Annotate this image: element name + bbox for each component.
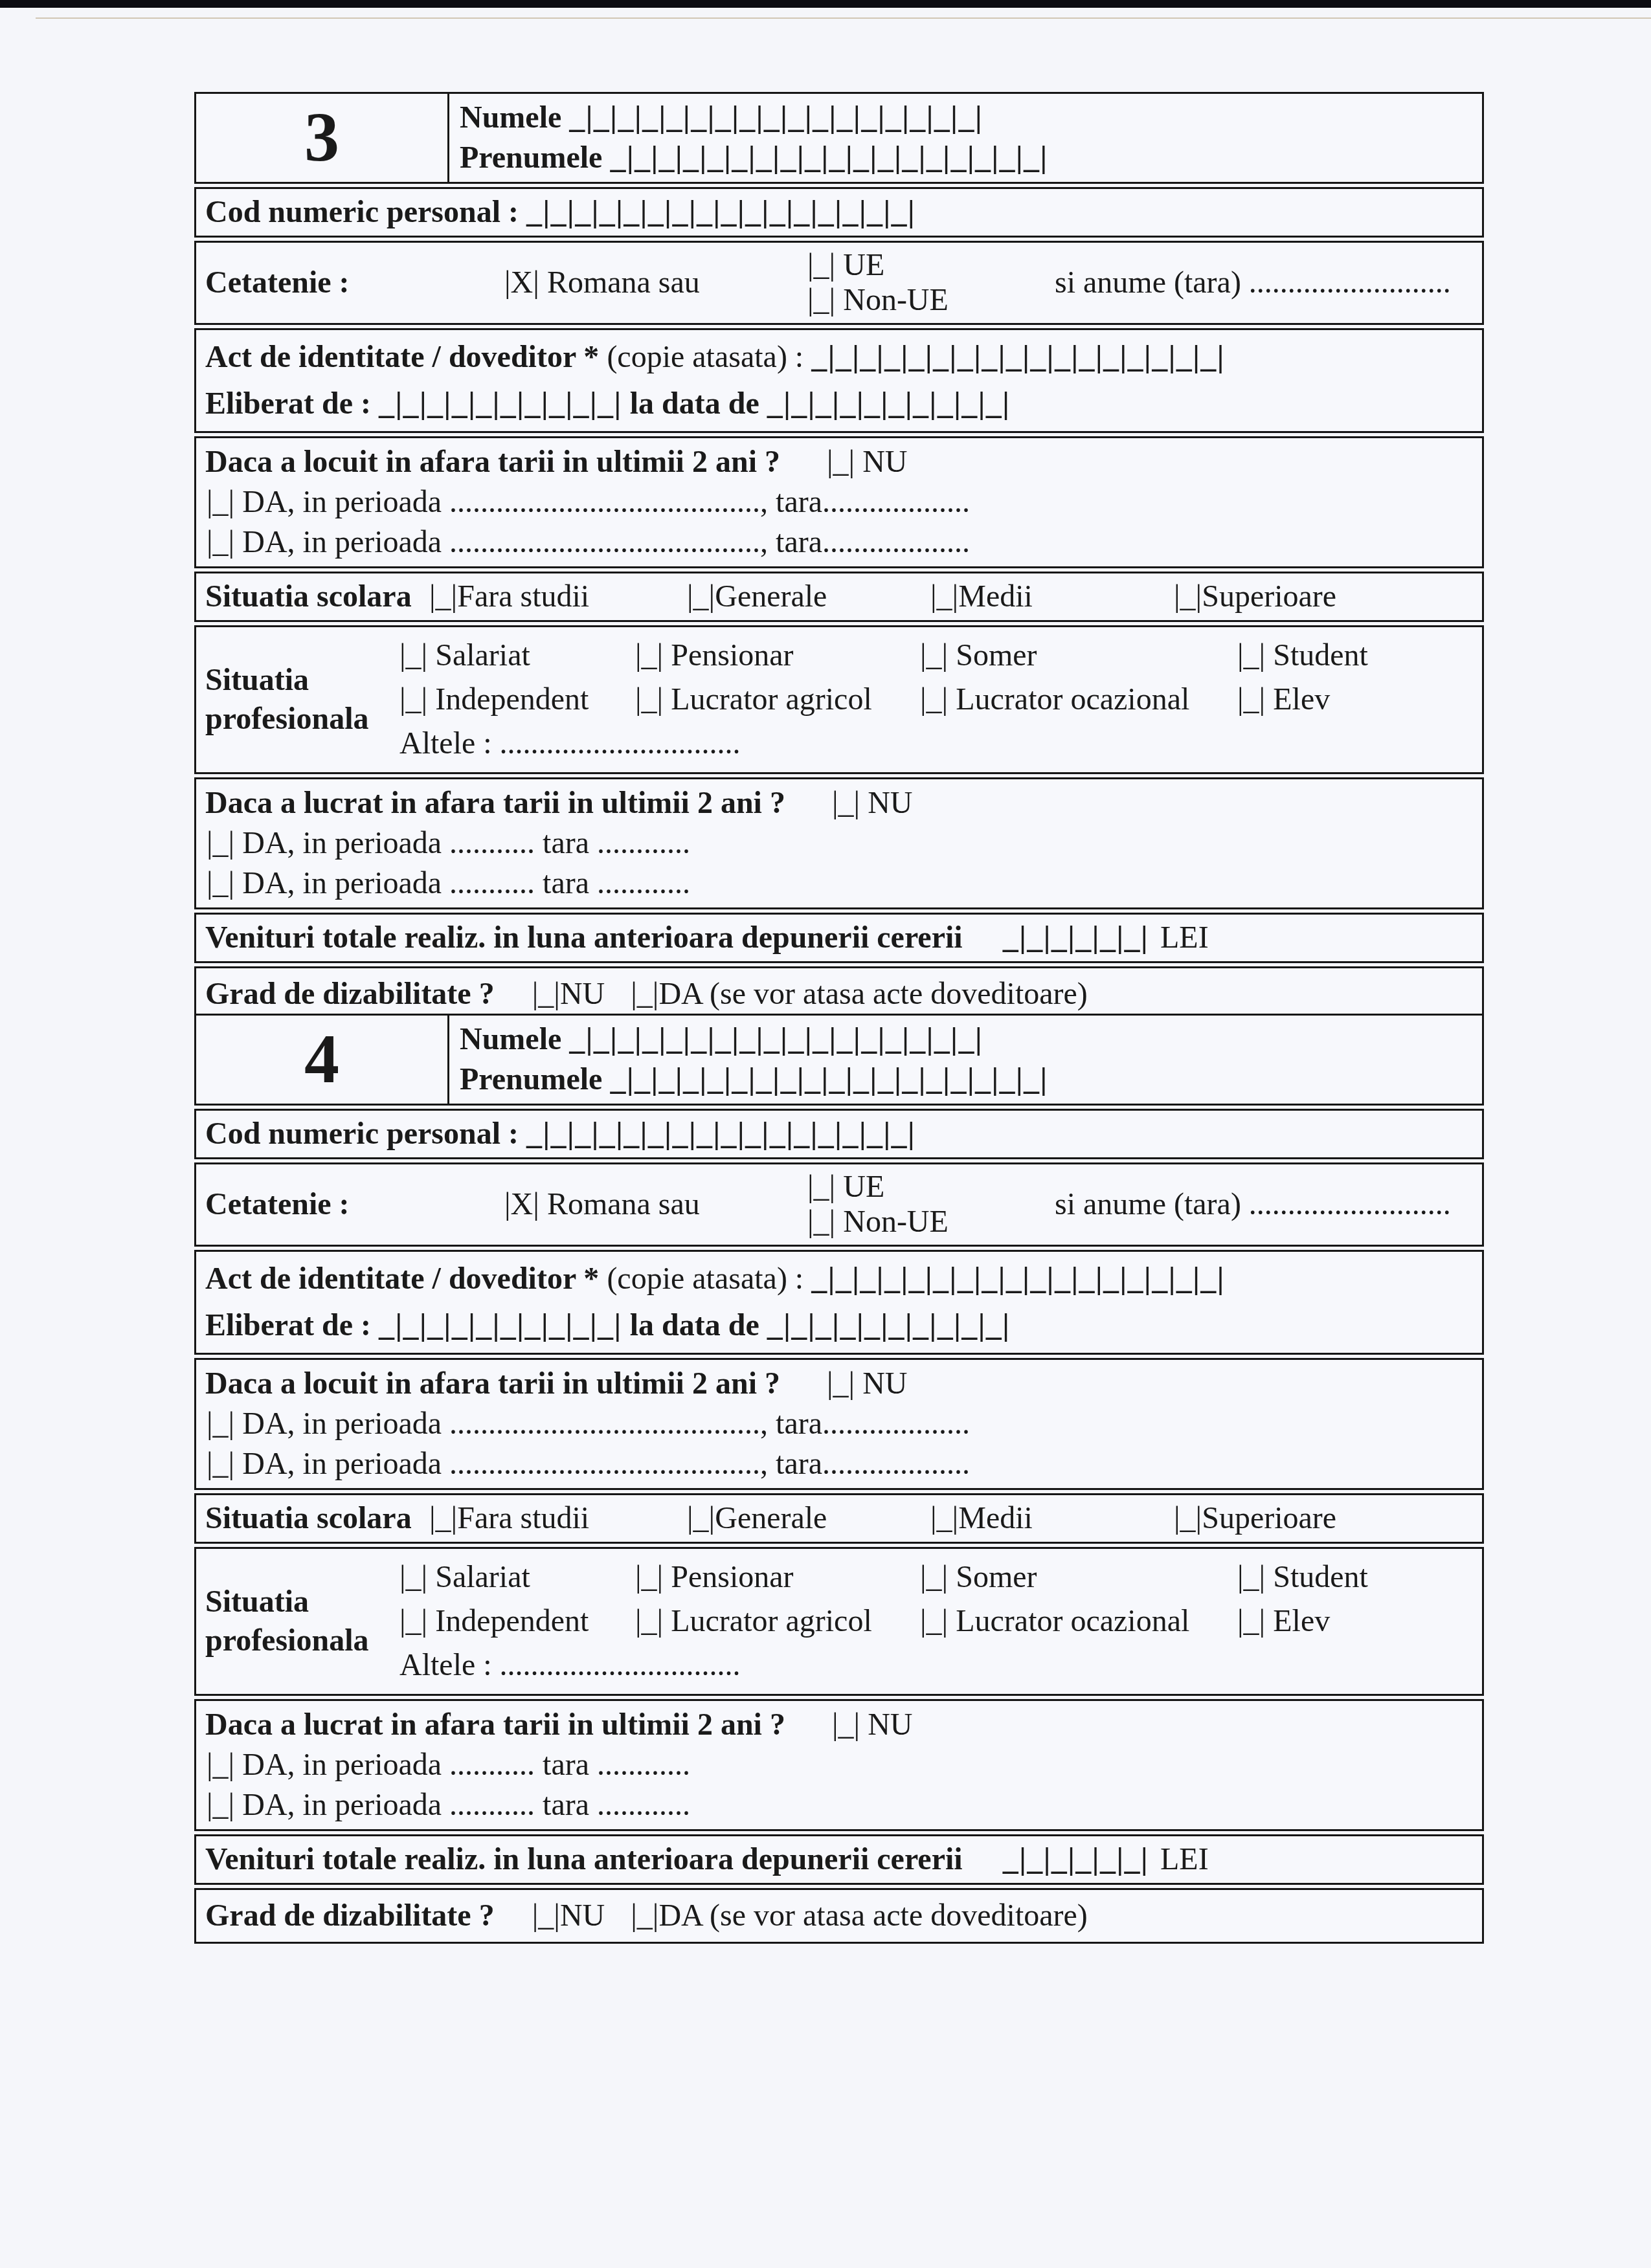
checkbox-empty-icon: |_| (635, 634, 663, 678)
lucrator-ocazional-option: |_| Lucrator ocazional (920, 1599, 1230, 1643)
act-label: Act de identitate / doveditor * (205, 1262, 599, 1296)
checkbox-empty-icon: |_| (807, 1170, 835, 1205)
act-boxes-field: _|_|_|_|_|_|_|_|_|_|_|_|_|_|_|_|_| (811, 340, 1225, 374)
checkbox-empty-icon: |_| (920, 634, 948, 678)
grad-da-label: DA (658, 977, 702, 1011)
scan-artifact-line (36, 17, 1651, 19)
locuit-afara-row: Daca a locuit in afara tarii in ultimii … (194, 1358, 1484, 1490)
checkbox-empty-icon: |_| (532, 975, 560, 1014)
da-perioada-line: DA, in perioada ........................… (242, 1406, 970, 1441)
fara-studii-option: |_|Fara studii (429, 577, 687, 616)
checkbox-empty-icon: |_| (207, 1404, 234, 1444)
salariat-label: Salariat (435, 1560, 530, 1594)
venituri-boxes-field: _|_|_|_|_|_| (1003, 918, 1149, 957)
independent-label: Independent (435, 1604, 589, 1638)
non-ue-label: Non-UE (843, 1205, 949, 1239)
numele-boxes-field: _|_|_|_|_|_|_|_|_|_|_|_|_|_|_|_|_| (569, 1022, 983, 1056)
pensionar-label: Pensionar (671, 1560, 793, 1594)
pensionar-option: |_| Pensionar (635, 1555, 912, 1599)
lucrator-agricol-option: |_| Lucrator agricol (635, 678, 912, 722)
grad-suffix: (se vor atasa acte doveditoare) (710, 1898, 1088, 1933)
checkbox-empty-icon: |_| (429, 1499, 457, 1538)
checkbox-empty-icon: |_| (532, 1896, 560, 1935)
eliberat-boxes-field: _|_|_|_|_|_|_|_|_|_| (379, 1308, 622, 1342)
non-ue-option: |_| Non-UE (807, 283, 1055, 318)
checkbox-empty-icon: |_| (1174, 1499, 1202, 1538)
checkbox-empty-icon: |_| (399, 678, 427, 722)
nu-label: NU (862, 1366, 907, 1401)
checkbox-empty-icon: |_| (832, 1705, 860, 1745)
checkbox-empty-icon: |_| (920, 678, 948, 722)
ue-label: UE (843, 1170, 884, 1204)
grad-dizabilitate-row: Grad de dizabilitate ? |_|NU |_|DA (se v… (194, 1888, 1484, 1944)
da-perioada-line: DA, in perioada ........................… (242, 525, 970, 559)
medii-option: |_|Medii (930, 1499, 1174, 1538)
cetatenie-row: Cetatenie : |X| Romana sau |_| UE |_| No… (194, 241, 1484, 325)
romana-option: |X| Romana sau (504, 1185, 807, 1224)
la-data-label: la data de (630, 386, 759, 421)
elev-option: |_| Elev (1237, 678, 1330, 722)
salariat-option: |_| Salariat (399, 1555, 627, 1599)
situatia-profesionala-row: Situatia profesionala |_| Salariat |_| P… (194, 625, 1484, 774)
numele-label: Numele (460, 100, 561, 135)
pensionar-label: Pensionar (671, 638, 793, 673)
checkbox-empty-icon: |_| (635, 1555, 663, 1599)
grad-da-label: DA (658, 1898, 702, 1933)
la-data-label: la data de (630, 1308, 759, 1342)
somer-option: |_| Somer (920, 634, 1230, 678)
pensionar-option: |_| Pensionar (635, 634, 912, 678)
salariat-label: Salariat (435, 638, 530, 673)
lei-label: LEI (1160, 918, 1209, 957)
venituri-row: Venituri totale realiz. in luna anterioa… (194, 913, 1484, 963)
student-option: |_| Student (1237, 634, 1368, 678)
prenumele-label: Prenumele (460, 1062, 602, 1096)
data-boxes-field: _|_|_|_|_|_|_|_|_|_| (767, 386, 1011, 421)
somer-option: |_| Somer (920, 1555, 1230, 1599)
grad-nu-label: NU (560, 977, 605, 1011)
superioare-label: Superioare (1202, 579, 1336, 614)
lucrator-ocazional-label: Lucrator ocazional (956, 682, 1189, 717)
altele-fill-line: Altele : ............................... (399, 1648, 741, 1682)
nu-label: NU (868, 1707, 912, 1742)
independent-label: Independent (435, 682, 589, 717)
lucrat-afara-row: Daca a lucrat in afara tarii in ultimii … (194, 777, 1484, 909)
cetatenie-row: Cetatenie : |X| Romana sau |_| UE |_| No… (194, 1162, 1484, 1247)
si-anume-fill-line: si anume (tara) ........................… (1055, 263, 1473, 302)
somer-label: Somer (956, 638, 1037, 673)
situatia-label-line2: profesionala (205, 700, 399, 739)
scanned-form-page: 3 Numele _|_|_|_|_|_|_|_|_|_|_|_|_|_|_|_… (0, 0, 1651, 2268)
eliberat-boxes-field: _|_|_|_|_|_|_|_|_|_| (379, 386, 622, 421)
venituri-boxes-field: _|_|_|_|_|_| (1003, 1840, 1149, 1879)
section-number: 3 (196, 94, 449, 182)
student-label: Student (1273, 638, 1368, 673)
header-row: 3 Numele _|_|_|_|_|_|_|_|_|_|_|_|_|_|_|_… (194, 92, 1484, 184)
name-cell: Numele _|_|_|_|_|_|_|_|_|_|_|_|_|_|_|_|_… (449, 1016, 1482, 1104)
checkbox-empty-icon: |_| (687, 577, 715, 616)
checkbox-empty-icon: |_| (635, 678, 663, 722)
checkbox-empty-icon: |_| (1174, 577, 1202, 616)
checkbox-checked-icon: |X| (504, 263, 539, 302)
checkbox-empty-icon: |_| (832, 783, 860, 823)
elev-label: Elev (1273, 682, 1330, 717)
checkbox-empty-icon: |_| (920, 1599, 948, 1643)
profession-options-grid: |_| Salariat |_| Pensionar |_| Somer |_|… (399, 1555, 1473, 1687)
situatia-scolara-label: Situatia scolara (205, 577, 429, 616)
altele-fill-line: Altele : ............................... (399, 726, 741, 761)
prenumele-label: Prenumele (460, 140, 602, 175)
grad-options: |_|NU |_|DA (se vor atasa acte doveditoa… (532, 1896, 1088, 1935)
lucrat-question: Daca a lucrat in afara tarii in ultimii … (205, 786, 785, 820)
act-boxes-field: _|_|_|_|_|_|_|_|_|_|_|_|_|_|_|_|_| (811, 1262, 1225, 1296)
cnp-boxes-field: _|_|_|_|_|_|_|_|_|_|_|_|_|_|_|_| (526, 1117, 915, 1151)
situatia-profesionala-label: Situatia profesionala (205, 634, 399, 766)
lucrat-afara-row: Daca a lucrat in afara tarii in ultimii … (194, 1699, 1484, 1831)
situatia-profesionala-label: Situatia profesionala (205, 1555, 399, 1687)
ue-options: |_| UE |_| Non-UE (807, 248, 1055, 318)
situatia-label-line1: Situatia (205, 1583, 399, 1621)
act-label-suffix: (copie atasata) : (607, 340, 803, 374)
si-anume-fill-line: si anume (tara) ........................… (1055, 1185, 1473, 1224)
locuit-afara-row: Daca a locuit in afara tarii in ultimii … (194, 436, 1484, 568)
superioare-label: Superioare (1202, 1501, 1336, 1535)
situatia-scolara-label: Situatia scolara (205, 1499, 429, 1538)
venituri-row: Venituri totale realiz. in luna anterioa… (194, 1834, 1484, 1885)
lucrator-agricol-label: Lucrator agricol (671, 1604, 872, 1638)
independent-option: |_| Independent (399, 1599, 627, 1643)
situatia-scolara-row: Situatia scolara |_|Fara studii |_|Gener… (194, 572, 1484, 622)
checkbox-empty-icon: |_| (807, 248, 835, 283)
elev-label: Elev (1273, 1604, 1330, 1638)
da-perioada-line: DA, in perioada ........... tara .......… (242, 1748, 690, 1782)
checkbox-empty-icon: |_| (207, 482, 234, 522)
nu-label: NU (862, 445, 907, 479)
grad-options: |_|NU |_|DA (se vor atasa acte doveditoa… (532, 975, 1088, 1014)
situatia-label-line2: profesionala (205, 1621, 399, 1660)
generale-option: |_|Generale (687, 1499, 930, 1538)
checkbox-empty-icon: |_| (930, 577, 958, 616)
romana-label: Romana sau (547, 1187, 700, 1221)
ue-options: |_| UE |_| Non-UE (807, 1170, 1055, 1240)
checkbox-empty-icon: |_| (1237, 1555, 1265, 1599)
grad-nu-label: NU (560, 1898, 605, 1933)
act-identitate-row: Act de identitate / doveditor * (copie a… (194, 1250, 1484, 1355)
act-label: Act de identitate / doveditor * (205, 340, 599, 374)
da-perioada-line: DA, in perioada ........... tara .......… (242, 1788, 690, 1822)
cetatenie-label: Cetatenie : (205, 1185, 504, 1224)
checkbox-empty-icon: |_| (807, 1205, 835, 1240)
checkbox-empty-icon: |_| (399, 1555, 427, 1599)
cnp-boxes-field: _|_|_|_|_|_|_|_|_|_|_|_|_|_|_|_| (526, 195, 915, 229)
ue-option: |_| UE (807, 248, 1055, 283)
checkbox-empty-icon: |_| (207, 522, 234, 562)
cnp-label: Cod numeric personal : (205, 1117, 519, 1151)
generale-option: |_|Generale (687, 577, 930, 616)
checkbox-empty-icon: |_| (1237, 678, 1265, 722)
ue-option: |_| UE (807, 1170, 1055, 1205)
checkbox-empty-icon: |_| (207, 863, 234, 904)
eliberat-label: Eliberat de : (205, 1308, 371, 1342)
numele-label: Numele (460, 1022, 561, 1056)
checkbox-empty-icon: |_| (207, 1745, 234, 1785)
cetatenie-label: Cetatenie : (205, 263, 504, 302)
independent-option: |_| Independent (399, 678, 627, 722)
checkbox-empty-icon: |_| (635, 1599, 663, 1643)
situatia-label-line1: Situatia (205, 661, 399, 700)
romana-label: Romana sau (547, 265, 700, 300)
checkbox-empty-icon: |_| (207, 823, 234, 863)
cnp-label: Cod numeric personal : (205, 195, 519, 229)
elev-option: |_| Elev (1237, 1599, 1330, 1643)
checkbox-empty-icon: |_| (631, 975, 658, 1014)
cnp-row: Cod numeric personal : _|_|_|_|_|_|_|_|_… (194, 1109, 1484, 1159)
checkbox-empty-icon: |_| (399, 634, 427, 678)
grad-label: Grad de dizabilitate ? (205, 975, 495, 1014)
lucrator-ocazional-label: Lucrator ocazional (956, 1604, 1189, 1638)
section-number: 4 (196, 1016, 449, 1104)
numele-boxes-field: _|_|_|_|_|_|_|_|_|_|_|_|_|_|_|_|_| (569, 100, 983, 135)
generale-label: Generale (715, 1501, 827, 1535)
lucrator-agricol-option: |_| Lucrator agricol (635, 1599, 912, 1643)
act-label-suffix: (copie atasata) : (607, 1262, 803, 1296)
ue-label: UE (843, 248, 884, 282)
checkbox-empty-icon: |_| (429, 577, 457, 616)
checkbox-checked-icon: |X| (504, 1185, 539, 1224)
superioare-option: |_|Superioare (1174, 577, 1336, 616)
situatia-profesionala-row: Situatia profesionala |_| Salariat |_| P… (194, 1547, 1484, 1696)
profession-options-grid: |_| Salariat |_| Pensionar |_| Somer |_|… (399, 634, 1473, 766)
non-ue-label: Non-UE (843, 283, 949, 317)
prenumele-boxes-field: _|_|_|_|_|_|_|_|_|_|_|_|_|_|_|_|_|_| (610, 140, 1048, 175)
nu-label: NU (868, 786, 912, 820)
da-perioada-line: DA, in perioada ........... tara .......… (242, 866, 690, 900)
checkbox-empty-icon: |_| (399, 1599, 427, 1643)
checkbox-empty-icon: |_| (687, 1499, 715, 1538)
lucrator-ocazional-option: |_| Lucrator ocazional (920, 678, 1230, 722)
checkbox-empty-icon: |_| (930, 1499, 958, 1538)
eliberat-label: Eliberat de : (205, 386, 371, 421)
checkbox-empty-icon: |_| (807, 283, 835, 318)
student-option: |_| Student (1237, 1555, 1368, 1599)
prenumele-boxes-field: _|_|_|_|_|_|_|_|_|_|_|_|_|_|_|_|_|_| (610, 1062, 1048, 1096)
name-cell: Numele _|_|_|_|_|_|_|_|_|_|_|_|_|_|_|_|_… (449, 94, 1482, 182)
grad-label: Grad de dizabilitate ? (205, 1896, 495, 1935)
student-label: Student (1273, 1560, 1368, 1594)
romana-option: |X| Romana sau (504, 263, 807, 302)
venituri-label: Venituri totale realiz. in luna anterioa… (205, 1840, 963, 1879)
checkbox-empty-icon: |_| (631, 1896, 658, 1935)
checkbox-empty-icon: |_| (920, 1555, 948, 1599)
salariat-option: |_| Salariat (399, 634, 627, 678)
somer-label: Somer (956, 1560, 1037, 1594)
da-perioada-line: DA, in perioada ........... tara .......… (242, 826, 690, 860)
checkbox-empty-icon: |_| (827, 1364, 855, 1404)
venituri-label: Venituri totale realiz. in luna anterioa… (205, 918, 963, 957)
checkbox-empty-icon: |_| (207, 1785, 234, 1825)
person-form-section-4: 4 Numele _|_|_|_|_|_|_|_|_|_|_|_|_|_|_|_… (194, 1014, 1484, 1944)
checkbox-empty-icon: |_| (827, 442, 855, 482)
data-boxes-field: _|_|_|_|_|_|_|_|_|_| (767, 1308, 1011, 1342)
da-perioada-line: DA, in perioada ........................… (242, 485, 970, 519)
lucrat-question: Daca a lucrat in afara tarii in ultimii … (205, 1707, 785, 1742)
medii-label: Medii (958, 1501, 1033, 1535)
da-perioada-line: DA, in perioada ........................… (242, 1447, 970, 1481)
locuit-question: Daca a locuit in afara tarii in ultimii … (205, 1366, 780, 1401)
scan-artifact-top-bar (0, 0, 1651, 8)
header-row: 4 Numele _|_|_|_|_|_|_|_|_|_|_|_|_|_|_|_… (194, 1014, 1484, 1106)
person-form-section-3: 3 Numele _|_|_|_|_|_|_|_|_|_|_|_|_|_|_|_… (194, 92, 1484, 1022)
act-identitate-row: Act de identitate / doveditor * (copie a… (194, 328, 1484, 433)
checkbox-empty-icon: |_| (1237, 634, 1265, 678)
fara-studii-option: |_|Fara studii (429, 1499, 687, 1538)
lucrator-agricol-label: Lucrator agricol (671, 682, 872, 717)
lei-label: LEI (1160, 1840, 1209, 1879)
situatia-scolara-row: Situatia scolara |_|Fara studii |_|Gener… (194, 1493, 1484, 1544)
checkbox-empty-icon: |_| (1237, 1599, 1265, 1643)
grad-suffix: (se vor atasa acte doveditoare) (710, 977, 1088, 1011)
cnp-row: Cod numeric personal : _|_|_|_|_|_|_|_|_… (194, 187, 1484, 238)
medii-option: |_|Medii (930, 577, 1174, 616)
non-ue-option: |_| Non-UE (807, 1205, 1055, 1240)
generale-label: Generale (715, 579, 827, 614)
locuit-question: Daca a locuit in afara tarii in ultimii … (205, 445, 780, 479)
fara-studii-label: Fara studii (457, 579, 589, 614)
superioare-option: |_|Superioare (1174, 1499, 1336, 1538)
fara-studii-label: Fara studii (457, 1501, 589, 1535)
checkbox-empty-icon: |_| (207, 1444, 234, 1484)
medii-label: Medii (958, 579, 1033, 614)
